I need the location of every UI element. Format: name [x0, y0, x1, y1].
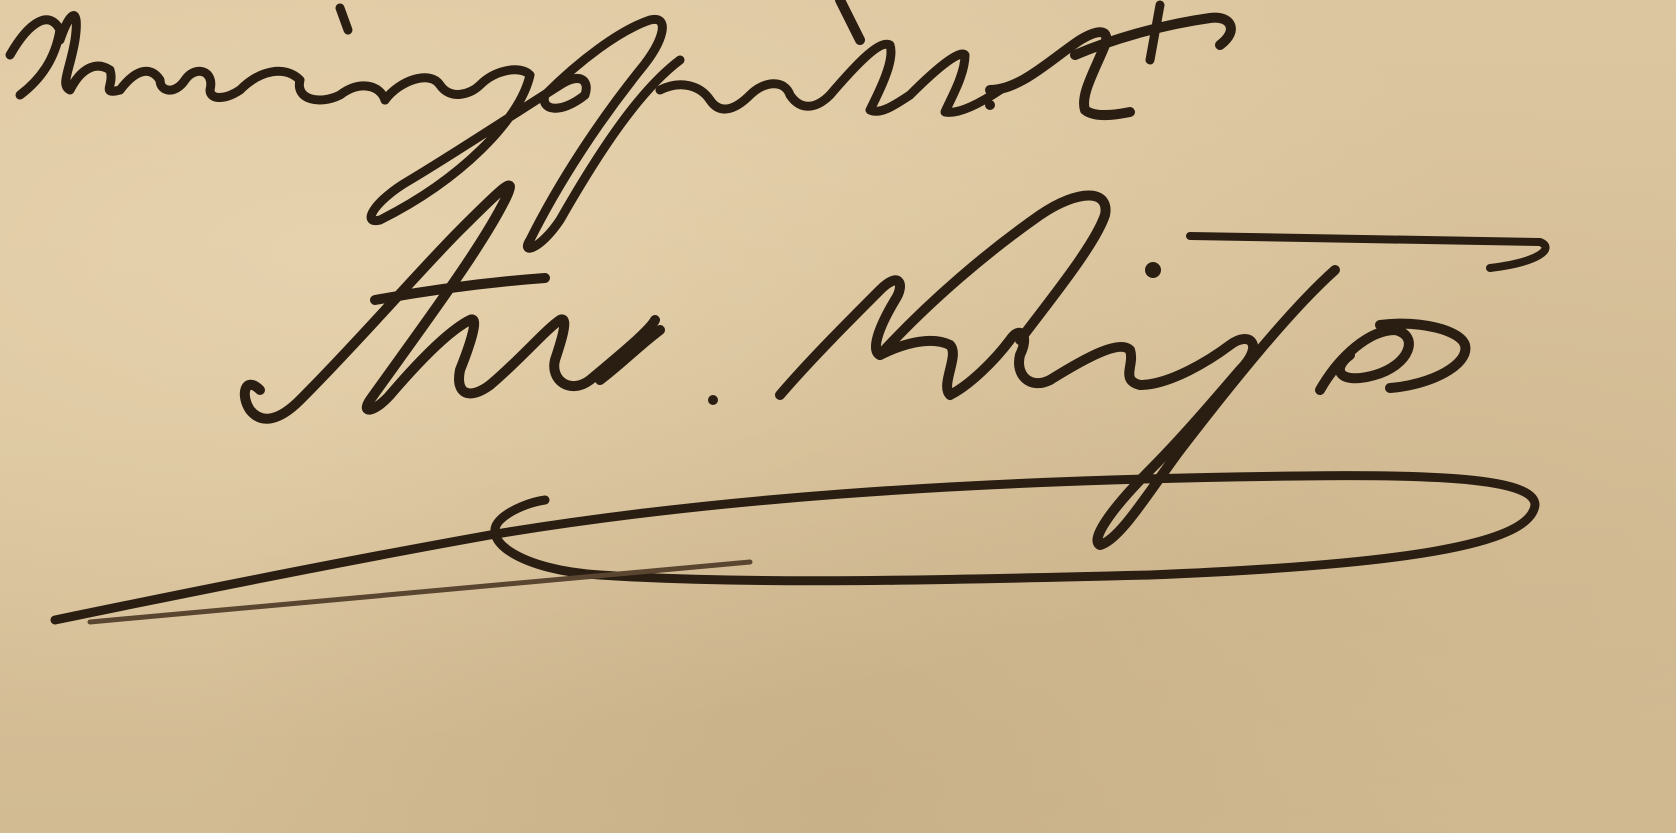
aged-paper: ...königspielt Alex. Hinze [0, 0, 1676, 833]
ink-strokes [0, 0, 1676, 833]
signature-script [55, 186, 1546, 622]
